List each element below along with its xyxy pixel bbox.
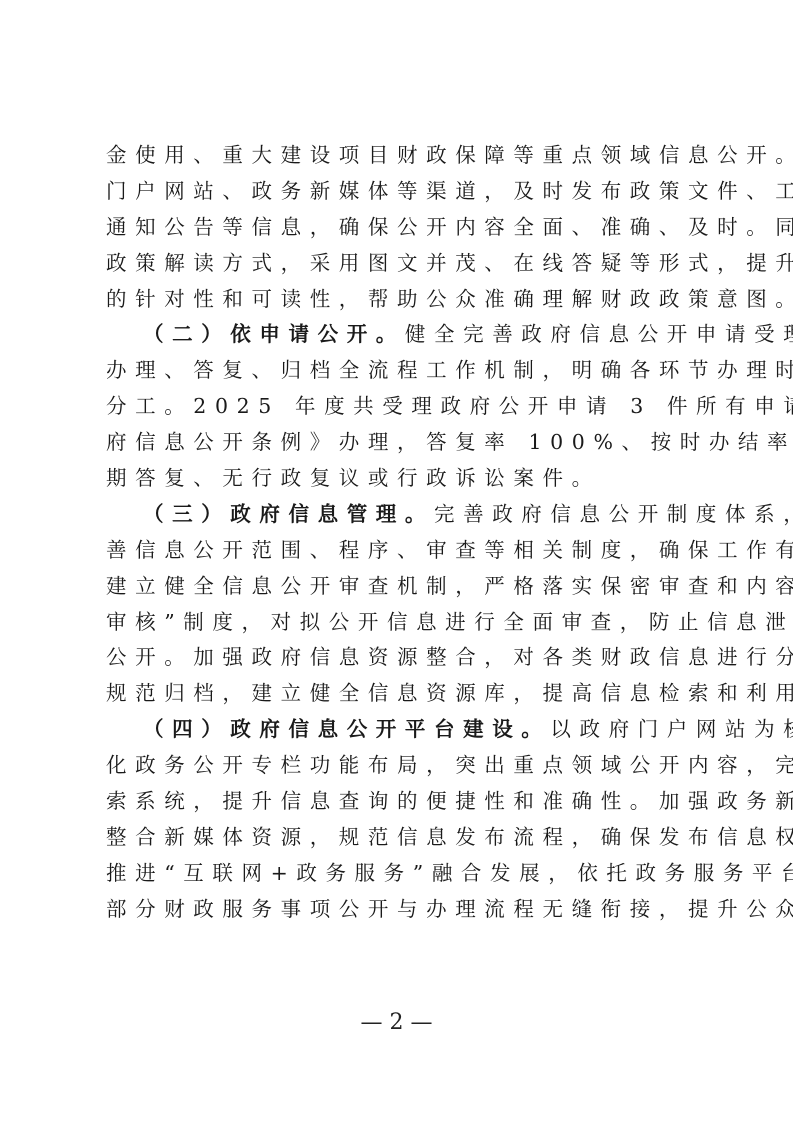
text-line: 府信息公开条例》办理，答复率 100%、按时办结率 100%，无超 [106, 425, 700, 461]
text-line: 建立健全信息公开审查机制，严格落实保密审查和内容审核“双 [106, 569, 700, 605]
text-line: 规范归档，建立健全信息资源库，提高信息检索和利用效率。 [106, 676, 700, 712]
paragraph-first-line: （三）政府信息管理。完善政府信息公开制度体系，修订完 [106, 497, 700, 533]
text-line: 的针对性和可读性，帮助公众准确理解财政政策意图。 [106, 282, 700, 318]
paragraph-first-line: （二）依申请公开。健全完善政府信息公开申请受理、审核、 [106, 317, 700, 353]
text-line: 门户网站、政务新媒体等渠道，及时发布政策文件、工作动态、 [106, 174, 700, 210]
paragraph-first-line: （四）政府信息公开平台建设。以政府门户网站为核心，优 [106, 712, 700, 748]
text-line: 金使用、重大建设项目财政保障等重点领域信息公开。通过政府 [106, 138, 700, 174]
text-line: 审核”制度，对拟公开信息进行全面审查，防止信息泄露和不当 [106, 605, 700, 641]
text-line: 整合新媒体资源，规范信息发布流程，确保发布信息权威、准确。 [106, 820, 700, 856]
text-line: 办理、答复、归档全流程工作机制，明确各环节办理时限和责任 [106, 353, 700, 389]
text-line: 期答复、无行政复议或行政诉讼案件。 [106, 461, 700, 497]
text-line: 推进“互联网+政务服务”融合发展，依托政务服务平台，实现 [106, 856, 700, 892]
body-text: 金使用、重大建设项目财政保障等重点领域信息公开。通过政府 门户网站、政务新媒体等… [106, 138, 700, 928]
text-run: 以政府门户网站为核心，优 [550, 717, 793, 741]
text-line: 通知公告等信息，确保公开内容全面、准确、及时。同时，创新 [106, 210, 700, 246]
section-heading-info-management: （三）政府信息管理。 [143, 502, 434, 526]
text-run: 健全完善政府信息公开申请受理、审核、 [405, 322, 793, 346]
text-line: 政策解读方式，采用图文并茂、在线答疑等形式，提升政策解读 [106, 246, 700, 282]
text-line: 公开。加强政府信息资源整合，对各类财政信息进行分类梳理、 [106, 640, 700, 676]
text-run: 完善政府信息公开制度体系，修订完 [434, 502, 793, 526]
text-line: 善信息公开范围、程序、审查等相关制度，确保工作有章可循。 [106, 533, 700, 569]
section-heading-apply-disclosure: （二）依申请公开。 [143, 322, 405, 346]
section-heading-platform-construction: （四）政府信息公开平台建设。 [143, 717, 550, 741]
document-page: 金使用、重大建设项目财政保障等重点领域信息公开。通过政府 门户网站、政务新媒体等… [0, 0, 793, 1122]
text-line: 部分财政服务事项公开与办理流程无缝衔接，提升公众办事体 [106, 892, 700, 928]
page-number: — 2 — [0, 1010, 793, 1035]
text-line: 分工。2025 年度共受理政府公开申请 3 件所有申请均严格按《政 [106, 389, 700, 425]
text-line: 索系统，提升信息查询的便捷性和准确性。加强政务新媒体管理， [106, 784, 700, 820]
text-line: 化政务公开专栏功能布局，突出重点领域公开内容，完善信息检 [106, 748, 700, 784]
